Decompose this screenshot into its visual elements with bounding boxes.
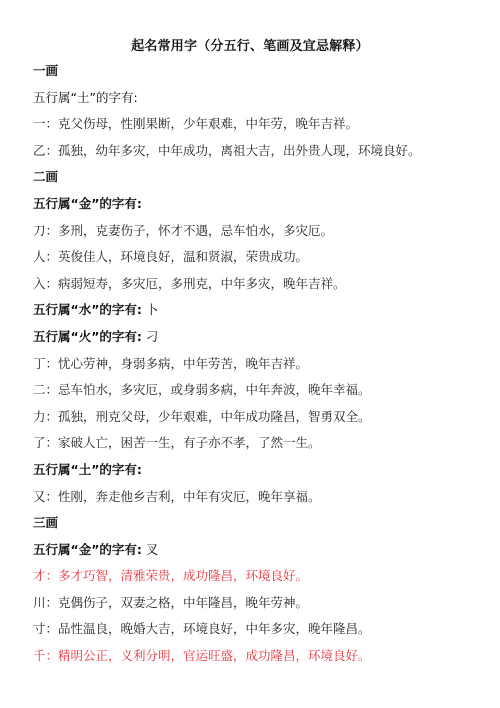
element-group-heading: 五行属“火”的字有: 刁 (33, 329, 158, 344)
element-group-heading: 五行属“金”的字有: 叉 (33, 542, 158, 557)
document-page: 起名常用字（分五行、笔画及宜忌解释） 一画 五行属“土”的字有: 一：克父伤母，… (0, 0, 500, 708)
group-characters: 叉 (142, 542, 158, 557)
character-entry: 一：克父伤母，性刚果断，少年艰难，中年劳，晚年吉祥。 (33, 116, 358, 131)
group-label: 五行属“金”的字有: (33, 542, 142, 557)
character-entry-highlighted: 才：多才巧智，清雅荣贵，成功隆昌，环境良好。 (33, 568, 308, 583)
element-group-heading: 五行属“金”的字有: (33, 196, 142, 211)
character-entry: 刀：多刑，克妻伤子，怀才不遇，忌车怕水，多灾厄。 (33, 223, 333, 238)
stroke-heading-1: 一画 (33, 63, 58, 78)
element-group-heading: 五行属“水”的字有: 卜 (33, 302, 158, 317)
group-characters: 卜 (142, 302, 158, 317)
stroke-heading-2: 二画 (33, 169, 58, 184)
character-entry: 川：克偶伤子，双妻之格，中年隆昌，晚年劳神。 (33, 595, 308, 610)
character-entry: 又：性刚，奔走他乡吉利，中年有灾厄，晚年享福。 (33, 489, 321, 504)
character-entry: 二：忌车怕水，多灾厄，或身弱多病，中年奔波，晚年幸福。 (33, 382, 371, 397)
group-label: 五行属“水”的字有: (33, 302, 142, 317)
character-entry: 力：孤独，刑克父母，少年艰难，中年成功隆昌，智勇双全。 (33, 409, 371, 424)
element-group-heading: 五行属“土”的字有: (33, 462, 142, 477)
character-entry: 入：病弱短寿，多灾厄，多刑克，中年多灾，晚年吉祥。 (33, 276, 346, 291)
character-entry-highlighted: 千：精明公正，义利分明，官运旺盛，成功隆昌，环境良好。 (33, 648, 371, 663)
stroke-heading-3: 三画 (33, 515, 58, 530)
element-group-heading: 五行属“土”的字有: (33, 90, 138, 105)
character-entry: 寸：品性温良，晚婚大吉，环境良好，中年多灾，晚年隆昌。 (33, 621, 371, 636)
character-entry: 丁：忧心劳神，身弱多病，中年劳苦，晚年吉祥。 (33, 356, 308, 371)
document-title: 起名常用字（分五行、笔画及宜忌解释） (0, 35, 500, 54)
group-characters: 刁 (142, 329, 158, 344)
document-body: 一画 五行属“土”的字有: 一：克父伤母，性刚果断，少年艰难，中年劳，晚年吉祥。… (33, 58, 480, 670)
character-entry: 人：英俊佳人，环境良好，温和贤淑，荣贵成功。 (33, 249, 308, 264)
character-entry: 乙：孤独，幼年多灾，中年成功，离祖大吉，出外贵人现，环境良好。 (33, 143, 421, 158)
character-entry: 了：家破人亡，困苦一生，有子亦不孝，了然一生。 (33, 435, 321, 450)
group-label: 五行属“火”的字有: (33, 329, 142, 344)
